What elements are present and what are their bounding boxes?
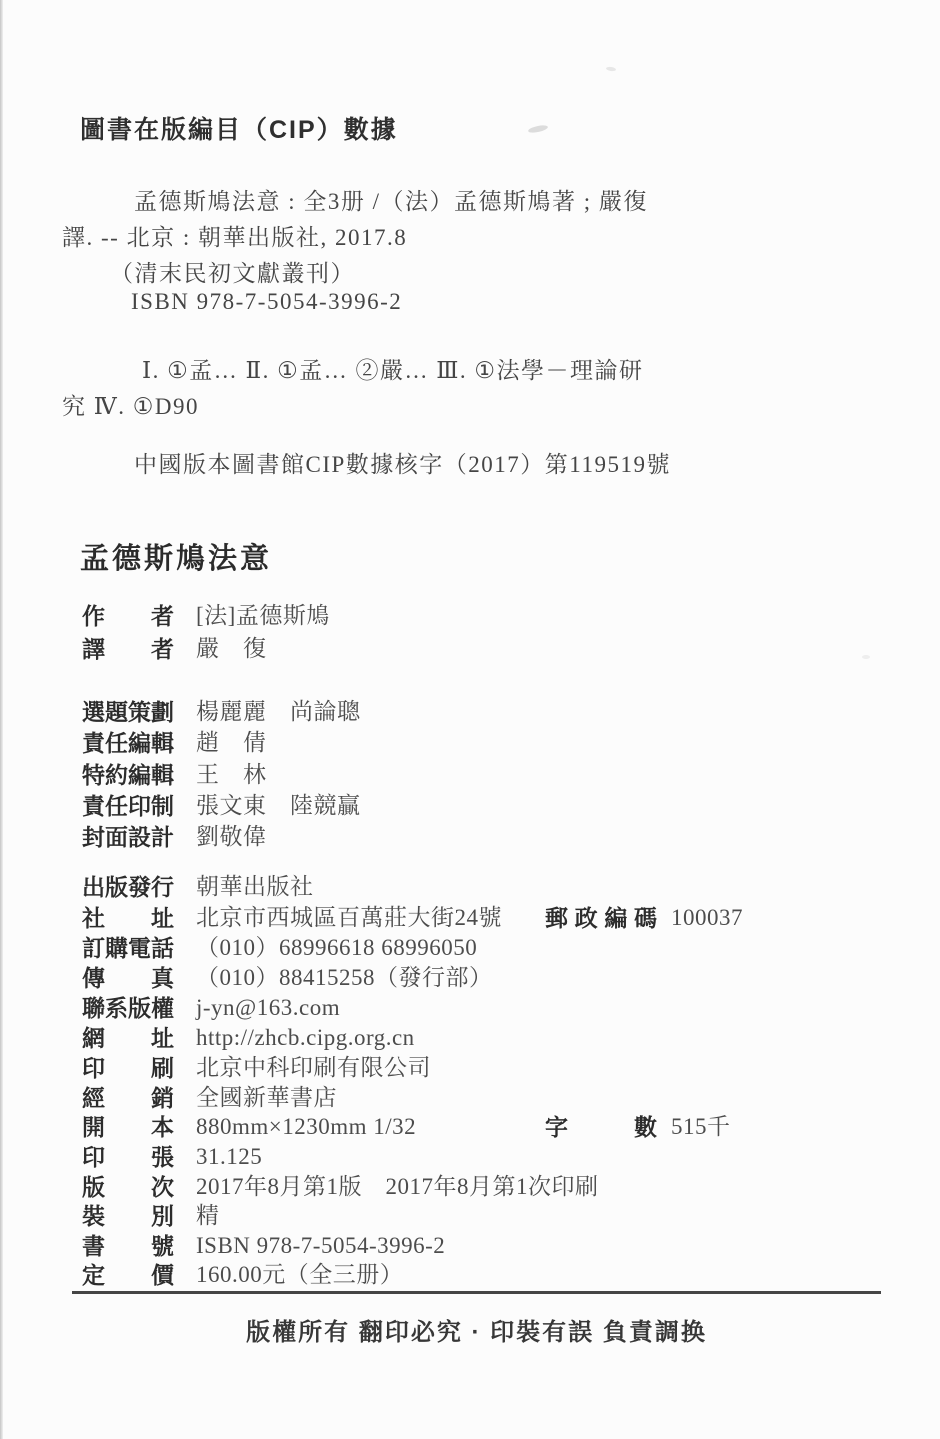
field-label: 責任編輯 — [82, 728, 174, 758]
row-binding: 裝別精 — [82, 1201, 910, 1231]
row-distributor: 經銷全國新華書店 — [82, 1083, 910, 1113]
scan-smudge — [528, 124, 549, 134]
field-value: j-yn@163.com — [196, 995, 340, 1020]
field-label: 選題策劃 — [82, 697, 174, 727]
field-col2: 字數515千 — [545, 1112, 731, 1145]
row-author: 作者[法]孟德斯鳩 — [82, 601, 910, 631]
field-label: 印張 — [82, 1142, 174, 1172]
field-value: 精 — [196, 1203, 220, 1228]
row-price: 定價160.00元（全三册） — [82, 1260, 910, 1290]
cip-line-classification-2: 究 Ⅳ. ①D90 — [62, 388, 199, 421]
field-value: 朝華出版社 — [196, 874, 314, 899]
field-label: 封面設計 — [82, 822, 174, 852]
field-value: ISBN 978-7-5054-3996-2 — [196, 1233, 445, 1258]
field-label: 譯者 — [82, 634, 174, 664]
field-col2: 郵政編碼100037 — [545, 903, 743, 936]
field-value: 王 林 — [196, 762, 267, 787]
cip-line-classification-1: Ⅰ. ①孟… Ⅱ. ①孟… ②嚴… Ⅲ. ①法學－理論研 — [142, 352, 644, 385]
field-value: 劉敬偉 — [196, 824, 267, 849]
field-label: 經銷 — [82, 1083, 174, 1113]
field-value: 趙 倩 — [196, 730, 267, 755]
cip-line-isbn: ISBN 978-7-5054-3996-2 — [131, 289, 402, 315]
row-isbn: 書號ISBN 978-7-5054-3996-2 — [82, 1231, 910, 1261]
row-printer: 印刷北京中科印刷有限公司 — [82, 1053, 910, 1083]
field-value: 嚴 復 — [196, 636, 267, 661]
field-label: 訂購電話 — [82, 933, 174, 963]
scan-smudge — [606, 66, 616, 71]
row-translator: 譯者嚴 復 — [82, 634, 910, 664]
row-edition: 版次2017年8月第1版 2017年8月第1次印刷 — [82, 1172, 910, 1202]
field-label: 責任印制 — [82, 791, 174, 821]
row-sheets: 印張31.125 — [82, 1142, 910, 1172]
copyright-notice: 版權所有 翻印必究 · 印裝有誤 負責調换 — [72, 1312, 881, 1347]
field-value: 880mm×1230mm 1/32 — [196, 1114, 416, 1139]
row-website: 網址http://zhcb.cipg.org.cn — [82, 1023, 910, 1053]
cip-section-title: 圖書在版編目（CIP）數據 — [80, 110, 398, 146]
book-title: 孟德斯鳩法意 — [80, 536, 272, 577]
cip-line-title-statement: 孟德斯鳩法意 : 全3册 /（法）孟德斯鳩著 ; 嚴復 — [134, 183, 648, 216]
field-value: 全國新華書店 — [196, 1085, 337, 1110]
field-value: 北京中科印刷有限公司 — [196, 1055, 431, 1080]
row-responsible-editor: 責任編輯趙 倩 — [82, 728, 910, 758]
field-label: 出版發行 — [82, 872, 174, 902]
field-value: 張文東 陸競贏 — [196, 793, 361, 818]
field-label: 印刷 — [82, 1053, 174, 1083]
row-print-supervisor: 責任印制張文東 陸競贏 — [82, 791, 910, 821]
field-label: 作者 — [82, 601, 174, 631]
field-value: 31.125 — [196, 1144, 262, 1169]
field-label: 網址 — [82, 1023, 174, 1053]
field-label: 定價 — [82, 1260, 174, 1290]
field-label: 書號 — [82, 1231, 174, 1261]
field-label: 版次 — [82, 1172, 174, 1202]
field-label: 開本 — [82, 1112, 174, 1142]
field-value-postcode: 100037 — [671, 905, 743, 930]
field-label: 特約編輯 — [82, 760, 174, 790]
row-format: 開本880mm×1230mm 1/32 字數515千 — [82, 1112, 910, 1142]
field-value: 北京市西城區百萬莊大街24號 — [196, 905, 502, 930]
row-order-phone: 訂購電話（010）68996618 68996050 — [82, 933, 910, 963]
field-label: 社址 — [82, 903, 174, 933]
field-value: [法]孟德斯鳩 — [196, 603, 330, 628]
field-label: 傳真 — [82, 963, 174, 993]
copyright-page: 圖書在版編目（CIP）數據 孟德斯鳩法意 : 全3册 /（法）孟德斯鳩著 ; 嚴… — [0, 0, 940, 1439]
field-label-postcode: 郵政編碼 — [545, 903, 657, 933]
cip-line-imprint: 譯. -- 北京 : 朝華出版社, 2017.8 — [62, 219, 407, 252]
row-contract-editor: 特約編輯王 林 — [82, 760, 910, 790]
cip-record-number: 中國版本圖書館CIP數據核字（2017）第119519號 — [134, 446, 671, 479]
field-label: 裝別 — [82, 1201, 174, 1231]
field-label: 聯系版權 — [82, 993, 174, 1023]
row-rights-contact: 聯系版權j-yn@163.com — [82, 993, 910, 1023]
row-publisher: 出版發行朝華出版社 — [82, 872, 910, 902]
field-label-wordcount: 字數 — [545, 1112, 657, 1142]
field-value: 楊麗麗 尚論聰 — [196, 699, 361, 724]
field-value: （010）88415258（發行部） — [196, 965, 493, 990]
row-cover-design: 封面設計劉敬偉 — [82, 822, 910, 852]
row-acquisition-planning: 選題策劃楊麗麗 尚論聰 — [82, 697, 910, 727]
field-value-wordcount: 515千 — [671, 1114, 731, 1139]
scan-edge-artifact — [0, 0, 3, 1439]
row-address: 社址北京市西城區百萬莊大街24號 郵政編碼100037 — [82, 903, 910, 933]
field-value: 2017年8月第1版 2017年8月第1次印刷 — [196, 1174, 599, 1199]
footer-divider — [72, 1291, 881, 1294]
field-value: http://zhcb.cipg.org.cn — [196, 1025, 415, 1050]
row-fax: 傳真（010）88415258（發行部） — [82, 963, 910, 993]
field-value: 160.00元（全三册） — [196, 1262, 403, 1287]
field-value: （010）68996618 68996050 — [196, 935, 477, 960]
cip-line-series: （清末民初文獻叢刊） — [110, 255, 355, 288]
